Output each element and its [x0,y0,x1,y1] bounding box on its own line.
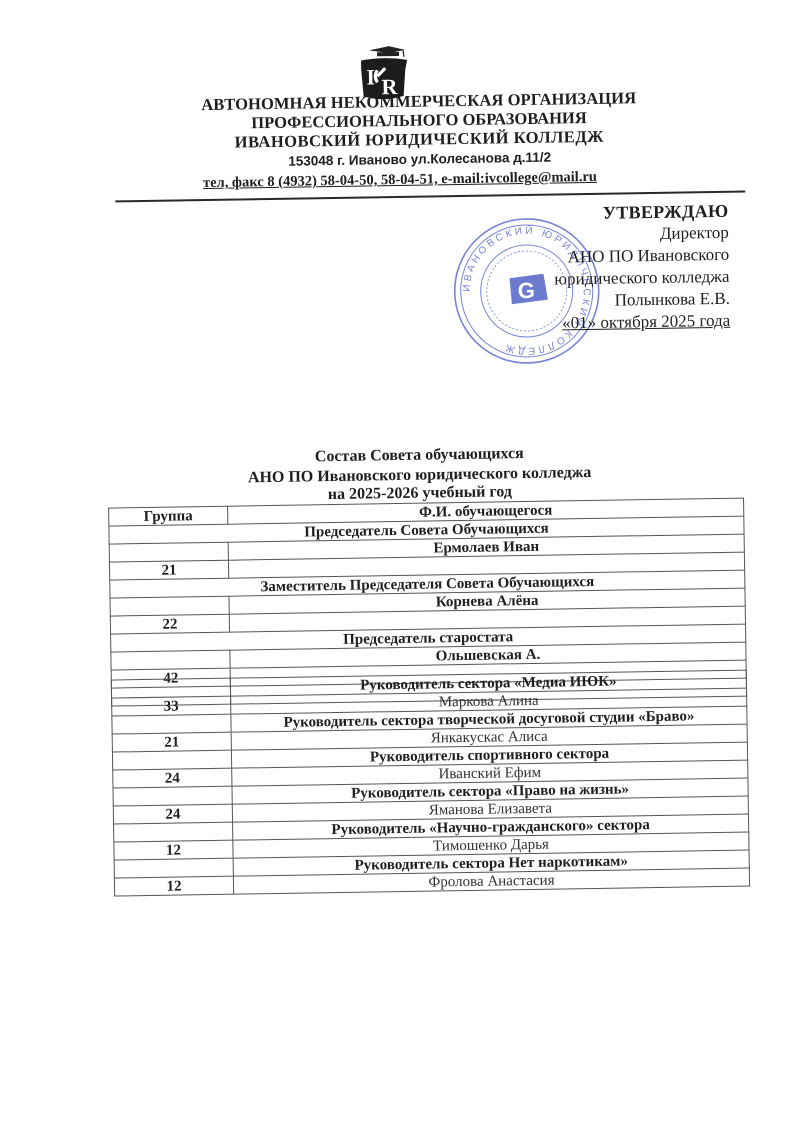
group-spacer [111,678,230,698]
letterhead: АВТОНОМНАЯ НЕКОММЕРЧЕСКАЯ ОРГАНИЗАЦИЯ ПР… [182,0,652,3]
approval-block: УТВЕРЖДАЮ Директор АНО ПО Ивановского юр… [553,200,730,335]
group-number: 21 [109,560,228,580]
group-spacer [114,858,233,878]
approval-title: УТВЕРЖДАЮ [553,200,729,225]
group-spacer [110,596,229,616]
org-contacts: тел, факс 8 (4932) 58-04-50, 58-04-51, e… [125,168,675,194]
group-spacer [111,650,230,670]
group-number: 24 [113,768,232,788]
document-page: I R АВТОНОМНАЯ НЕКОММЕРЧЕСКАЯ ОРГАНИЗАЦИ… [0,0,795,1123]
group-number: 24 [113,804,232,824]
approval-signer: Полынкова Е.В. [555,288,731,313]
approval-position: Директор [553,222,729,247]
header-group: Группа [109,506,228,526]
group-number: 12 [114,840,233,860]
group-spacer [114,822,233,842]
approval-org-line-2: юридического колледжа [554,266,730,291]
sectors-table: Руководитель сектора «Медиа ИЮК»33Марков… [111,670,750,897]
group-spacer [112,750,231,770]
svg-text:G: G [518,278,536,303]
document-title: Состав Совета обучающихся АНО ПО Ивановс… [192,0,632,3]
group-number: 21 [112,732,231,752]
group-number: 22 [110,614,229,634]
group-spacer [109,542,228,562]
approval-date: «01» октября 2025 года [555,310,731,335]
group-number: 12 [114,876,233,896]
group-number: 33 [112,696,231,716]
approval-org-line-1: АНО ПО Ивановского [554,244,730,269]
group-spacer [112,714,231,734]
group-spacer [113,786,232,806]
